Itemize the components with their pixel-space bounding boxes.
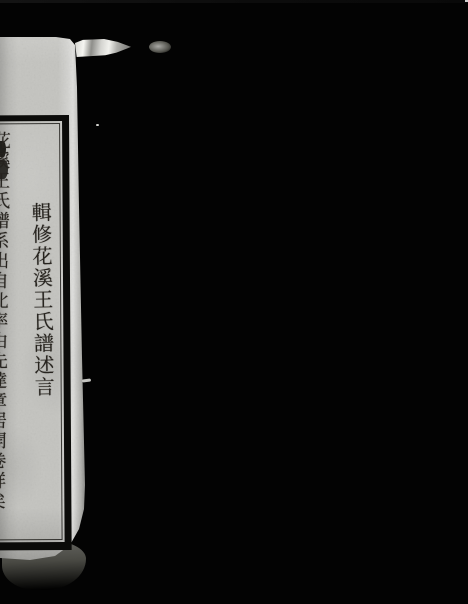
paper-sliver-fragment <box>149 41 171 53</box>
paper-sliver-tab <box>75 39 131 57</box>
dust-speck <box>82 378 91 382</box>
preface-title-column: 輯修花溪王氏譜述言 <box>26 202 58 404</box>
dust-speck <box>96 124 99 126</box>
photograph-of-genealogy-book-page: 花溪王氏譜系出自北率由先達章居開卷詳矣 輯修花溪王氏譜述言 <box>0 0 468 604</box>
photo-top-edge-strip <box>0 0 468 3</box>
